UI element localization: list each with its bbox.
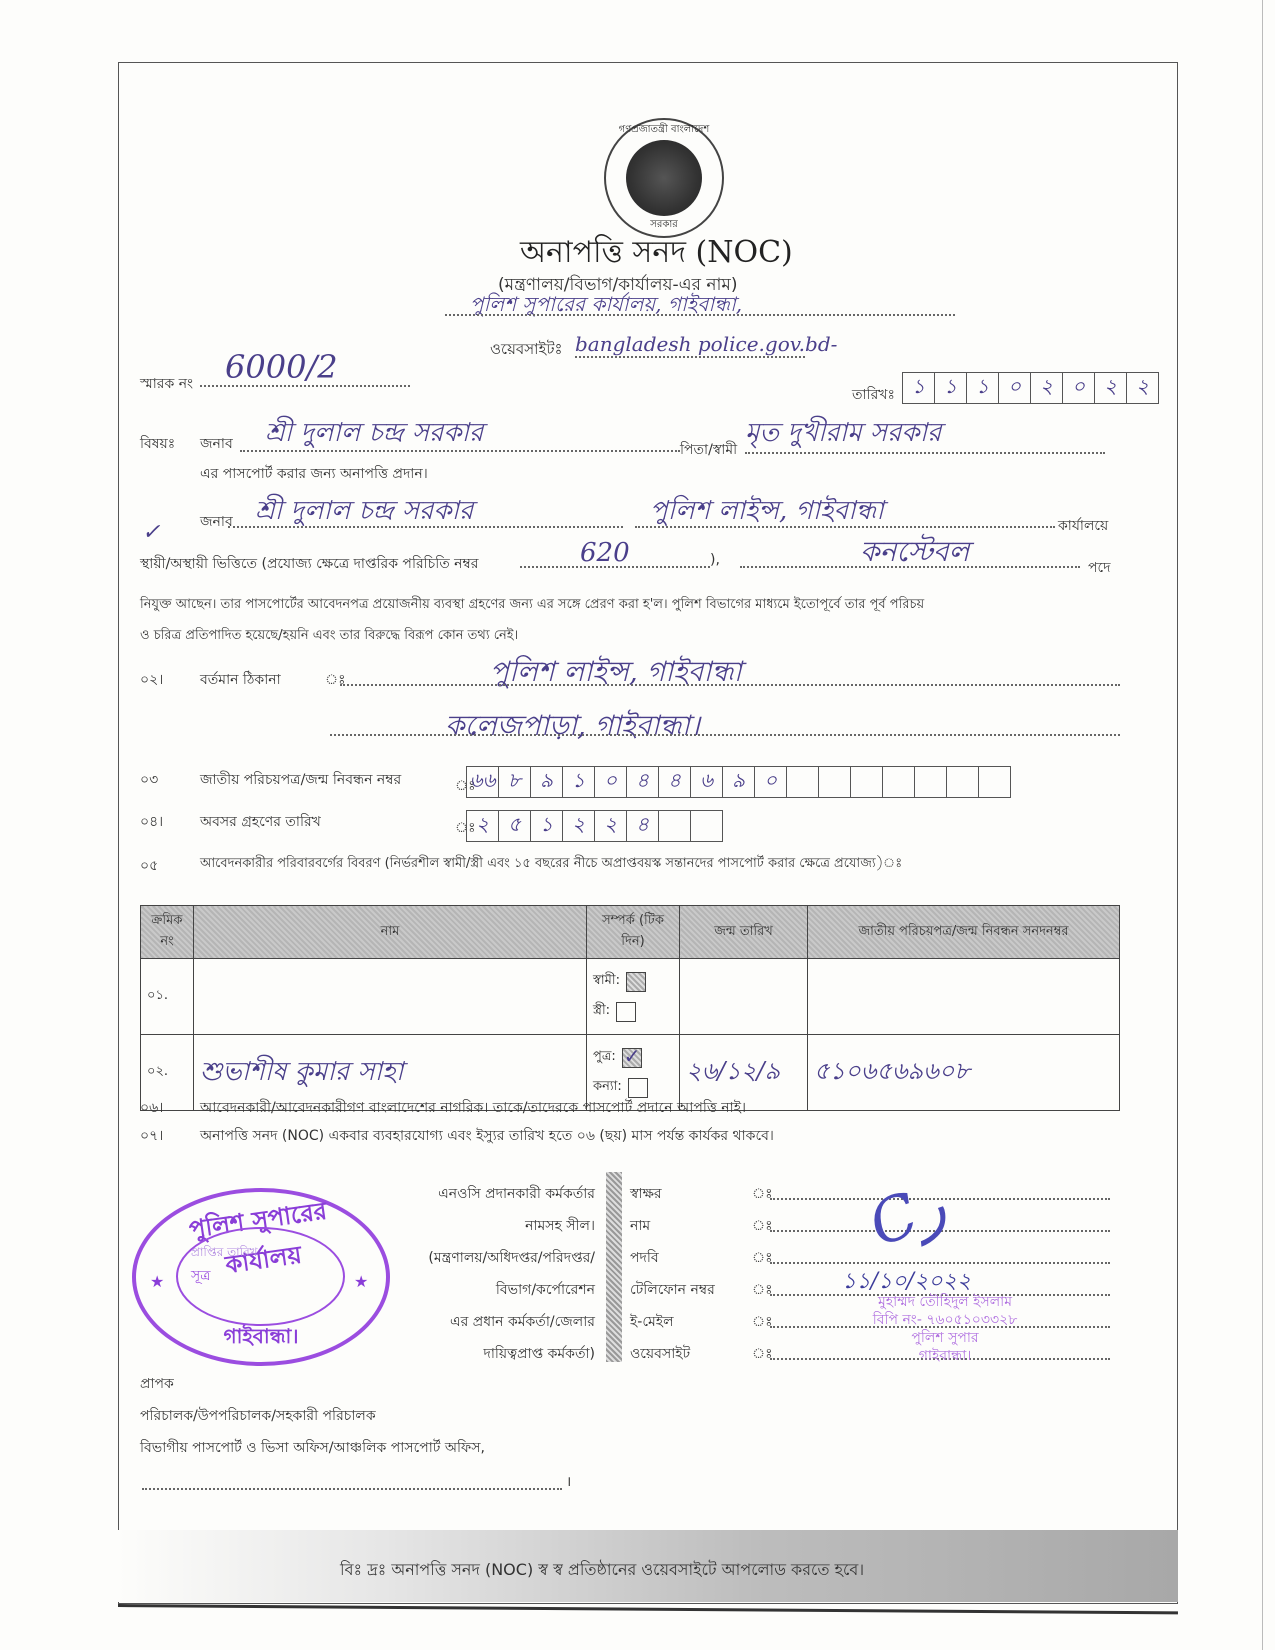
digit-box [787,767,819,797]
memo-line [200,385,410,387]
digit-box [915,767,947,797]
address-line-1: পুলিশ লাইন্স, গাইবান্ধা [490,650,742,697]
memo-number: 6000/2 [225,348,338,386]
relation-checkbox-husband[interactable] [626,972,646,992]
signatory-line-4: বিভাগ/কর্পোরেশন [496,1278,595,1302]
seal-top-text: গণপ্রজাতন্ত্রী বাংলাদেশ [606,122,722,139]
address-line-2: কলেজপাড়া, গাইবান্ধা। [445,704,700,751]
recipient-line-3-dots [142,1488,562,1490]
checkmark-icon: ✓ [142,520,160,545]
date-boxes: ১১১০২০২২ [902,372,1159,404]
header-serial: ক্রমিক নং [141,906,194,959]
star-icon: ★ [150,1272,164,1291]
digit-box: ১ [531,811,563,841]
designation: কনস্টেবল [860,530,969,577]
digit-box [851,767,883,797]
digit-box: ৬৬ [467,767,499,797]
header-dob: জন্ম তারিখ [680,906,808,959]
signatory-field-label: ওয়েবসাইট [630,1342,690,1366]
digit-box: ৪ [627,767,659,797]
digit-box: ২ [1127,373,1158,403]
signatory-line-5: এর প্রধান কর্মকর্তা/জেলার [450,1310,595,1334]
digit-box: ২ [563,811,595,841]
validity-text: অনাপত্তি সনদ (NOC) একবার ব্যবহারযোগ্য এব… [200,1124,774,1148]
family-table-header: ক্রমিক নং নাম সম্পর্ক (টিক দিন) জন্ম তার… [141,906,1120,959]
signatory-line-1: এনওসি প্রদানকারী কর্মকর্তার [438,1182,595,1206]
relation-label: কন্যা: [593,1077,622,1098]
signatory-field-label: টেলিফোন নম্বর [630,1278,715,1302]
digit-box: ৯ [531,767,563,797]
digit-box: ৯ [723,767,755,797]
nid-boxes: ৬৬৮৯১০৪৪৬৯০ [466,766,1011,798]
office-stamp-middle: প্রাপ্তির তারিখ [191,1244,258,1264]
recipient-line-1: পরিচালক/উপপরিচালক/সহকারী পরিচালক [140,1404,376,1428]
star-icon: ★ [354,1272,368,1291]
citizen-text: আবেদনকারী/আবেদনকারীগণ বাংলাদেশের নাগরিক।… [200,1096,746,1120]
recipient-label: প্রাপক [140,1372,174,1396]
digit-box: ০ [999,373,1031,403]
nid-label: জাতীয় পরিচয়পত্র/জন্ম নিবন্ধন নম্বর [200,768,401,792]
digit-box: ২ [595,811,627,841]
address-label: বর্তমান ঠিকানা [200,668,281,692]
row-name [194,959,587,1035]
basis-text: স্থায়ী/অস্থায়ী ভিত্তিতে (প্রযোজ্য ক্ষে… [140,552,478,576]
government-seal: গণপ্রজাতন্ত্রী বাংলাদেশ সরকার [604,118,724,238]
website-value: bangladesh police.gov.bd- [575,332,837,356]
relation-label: স্ত্রী: [593,1001,610,1022]
digit-box [819,767,851,797]
noc-vertical-strip [606,1172,622,1362]
website-label: ওয়েবসাইটঃ [490,338,562,363]
father-name-line [745,452,1105,454]
digit-box: ৮ [499,767,531,797]
digit-box: ০ [755,767,787,797]
website-line [575,356,805,358]
retirement-label: অবসর গ্রহণের তারিখ [200,810,321,834]
signatory-field-colon: ঃ [752,1342,773,1366]
frame-bottom-border [118,1604,1178,1614]
digit-box: ৫ [499,811,531,841]
subject-name-line [240,450,680,452]
digit-box [979,767,1010,797]
digit-box: ১ [903,373,935,403]
relation-checkbox-son[interactable] [622,1048,642,1068]
signatory-field-colon: ঃ [752,1246,773,1270]
nid-num: ০৩ [140,768,158,792]
digit-box: ২ [1095,373,1127,403]
id-close: ), [710,552,720,568]
memo-label: স্মারক নং [140,372,193,396]
official-id-number: 620 [580,538,630,568]
digit-box [691,811,722,841]
signatory-field-colon: ঃ [752,1310,773,1334]
office-suffix: কার্যালয়ে [1058,514,1108,538]
para-line-1: নিযুক্ত আছেন। তার পাসপোর্টের আবেদনপত্র প… [140,595,924,616]
signatory-field-label: স্বাক্ষর [630,1182,662,1206]
signatory-line-2: নামসহ সীল। [525,1214,595,1238]
page-edge [1262,0,1263,1650]
digit-box: ১ [563,767,595,797]
office-stamp: পুলিশ সুপারের কার্যালয় প্রাপ্তির তারিখ … [132,1188,390,1366]
table-row: ০১. স্বামী: স্ত্রী: [141,959,1120,1035]
relation-label: পুত্র: [593,1047,616,1068]
body-office-line [635,526,1055,528]
relation-checkbox-wife[interactable] [616,1002,636,1022]
header-relation: সম্পর্ক (টিক দিন) [587,906,680,959]
header-name: নাম [194,906,587,959]
signatory-line-3: (মন্ত্রণালয়/অধিদপ্তর/পরিদপ্তর/ [428,1246,595,1270]
subject-line2: এর পাসপোর্ট করার জন্য অনাপত্তি প্রদান। [200,462,428,486]
office-stamp-middle2: সূত্র [191,1264,211,1288]
address-line-1-dots [340,684,1120,686]
address-line-2-dots [330,734,1120,736]
office-name: পুলিশ সুপারের কার্যালয়, গাইবান্ধা, [470,290,742,323]
body-name-line [228,526,623,528]
digit-box: ০ [595,767,627,797]
office-stamp-bottom: গাইবান্ধা। [196,1322,326,1355]
retirement-num: ০৪। [140,810,163,834]
signatory-line-6: দায়িত্বপ্রাপ্ত কর্মকর্তা) [484,1342,595,1366]
digit-box [883,767,915,797]
signatory-field-label: নাম [630,1214,650,1238]
subject-mr-label: জনাব [200,432,233,456]
validity-num: ০৭। [140,1124,163,1148]
stamp-place: গাইবান্ধা। [835,1344,1055,1368]
citizen-num: ০৬। [140,1096,163,1120]
office-name-line [445,314,955,316]
body-mr-label: জনাব [200,510,233,534]
digit-box: ২ [467,811,499,841]
signatory-field-label: ই-মেইল [630,1310,674,1334]
row-dob [680,959,808,1035]
subject-label: বিষয়ঃ [140,432,175,456]
row-serial: ০১. [141,959,194,1035]
digit-box: ৪ [627,811,659,841]
family-num: ০৫ [140,854,158,878]
header-id: জাতীয় পরিচয়পত্র/জন্ম নিবন্ধন সনদনম্বর [808,906,1120,959]
relation-label: স্বামী: [593,971,620,992]
recipient-line-3-end: । [566,1472,571,1491]
signatory-field-label: পদবি [630,1246,659,1270]
signatory-field-colon: ঃ [752,1182,773,1206]
digit-box: ৬ [691,767,723,797]
family-label: আবেদনকারীর পরিবারবর্গের বিবরণ (নির্ভরশীল… [200,854,902,875]
address-num: ০২। [140,668,163,692]
seal-emblem-icon [626,140,702,216]
footer-note: বিঃ দ্রঃ অনাপত্তি সনদ (NOC) স্ব স্ব প্রত… [340,1557,864,1584]
para-line-2: ও চরিত্র প্রতিপাদিত হয়েছে/হয়নি এবং তার… [140,626,518,647]
date-label: তারিখঃ [852,383,895,407]
row-relation: স্বামী: স্ত্রী: [587,959,680,1035]
row-id: ৫১০৬৫৬৯৬০৮ [808,1035,1120,1111]
digit-box: ২ [1031,373,1063,403]
signatory-field-colon: ঃ [752,1214,773,1238]
father-label: পিতা/স্বামী [680,438,737,462]
relation-checkbox-daughter[interactable] [628,1078,648,1098]
digit-box: ০ [1063,373,1095,403]
address-colon: ঃ [325,668,346,692]
retirement-date-boxes: ২৫১২২৪ [466,810,723,842]
digit-box: ৪ [659,767,691,797]
digit-box: ১ [935,373,967,403]
family-table: ক্রমিক নং নাম সম্পর্ক (টিক দিন) জন্ম তার… [140,905,1120,1111]
digit-box: ১ [967,373,999,403]
designation-suffix: পদে [1088,556,1110,580]
digit-box [947,767,979,797]
signatory-field-colon: ঃ [752,1278,773,1302]
father-name: মৃত দুখীরাম সরকার [745,412,941,456]
recipient-line-2: বিভাগীয় পাসপোর্ট ও ভিসা অফিস/আঞ্চলিক পা… [140,1436,485,1460]
digit-box [659,811,691,841]
row-id [808,959,1120,1035]
